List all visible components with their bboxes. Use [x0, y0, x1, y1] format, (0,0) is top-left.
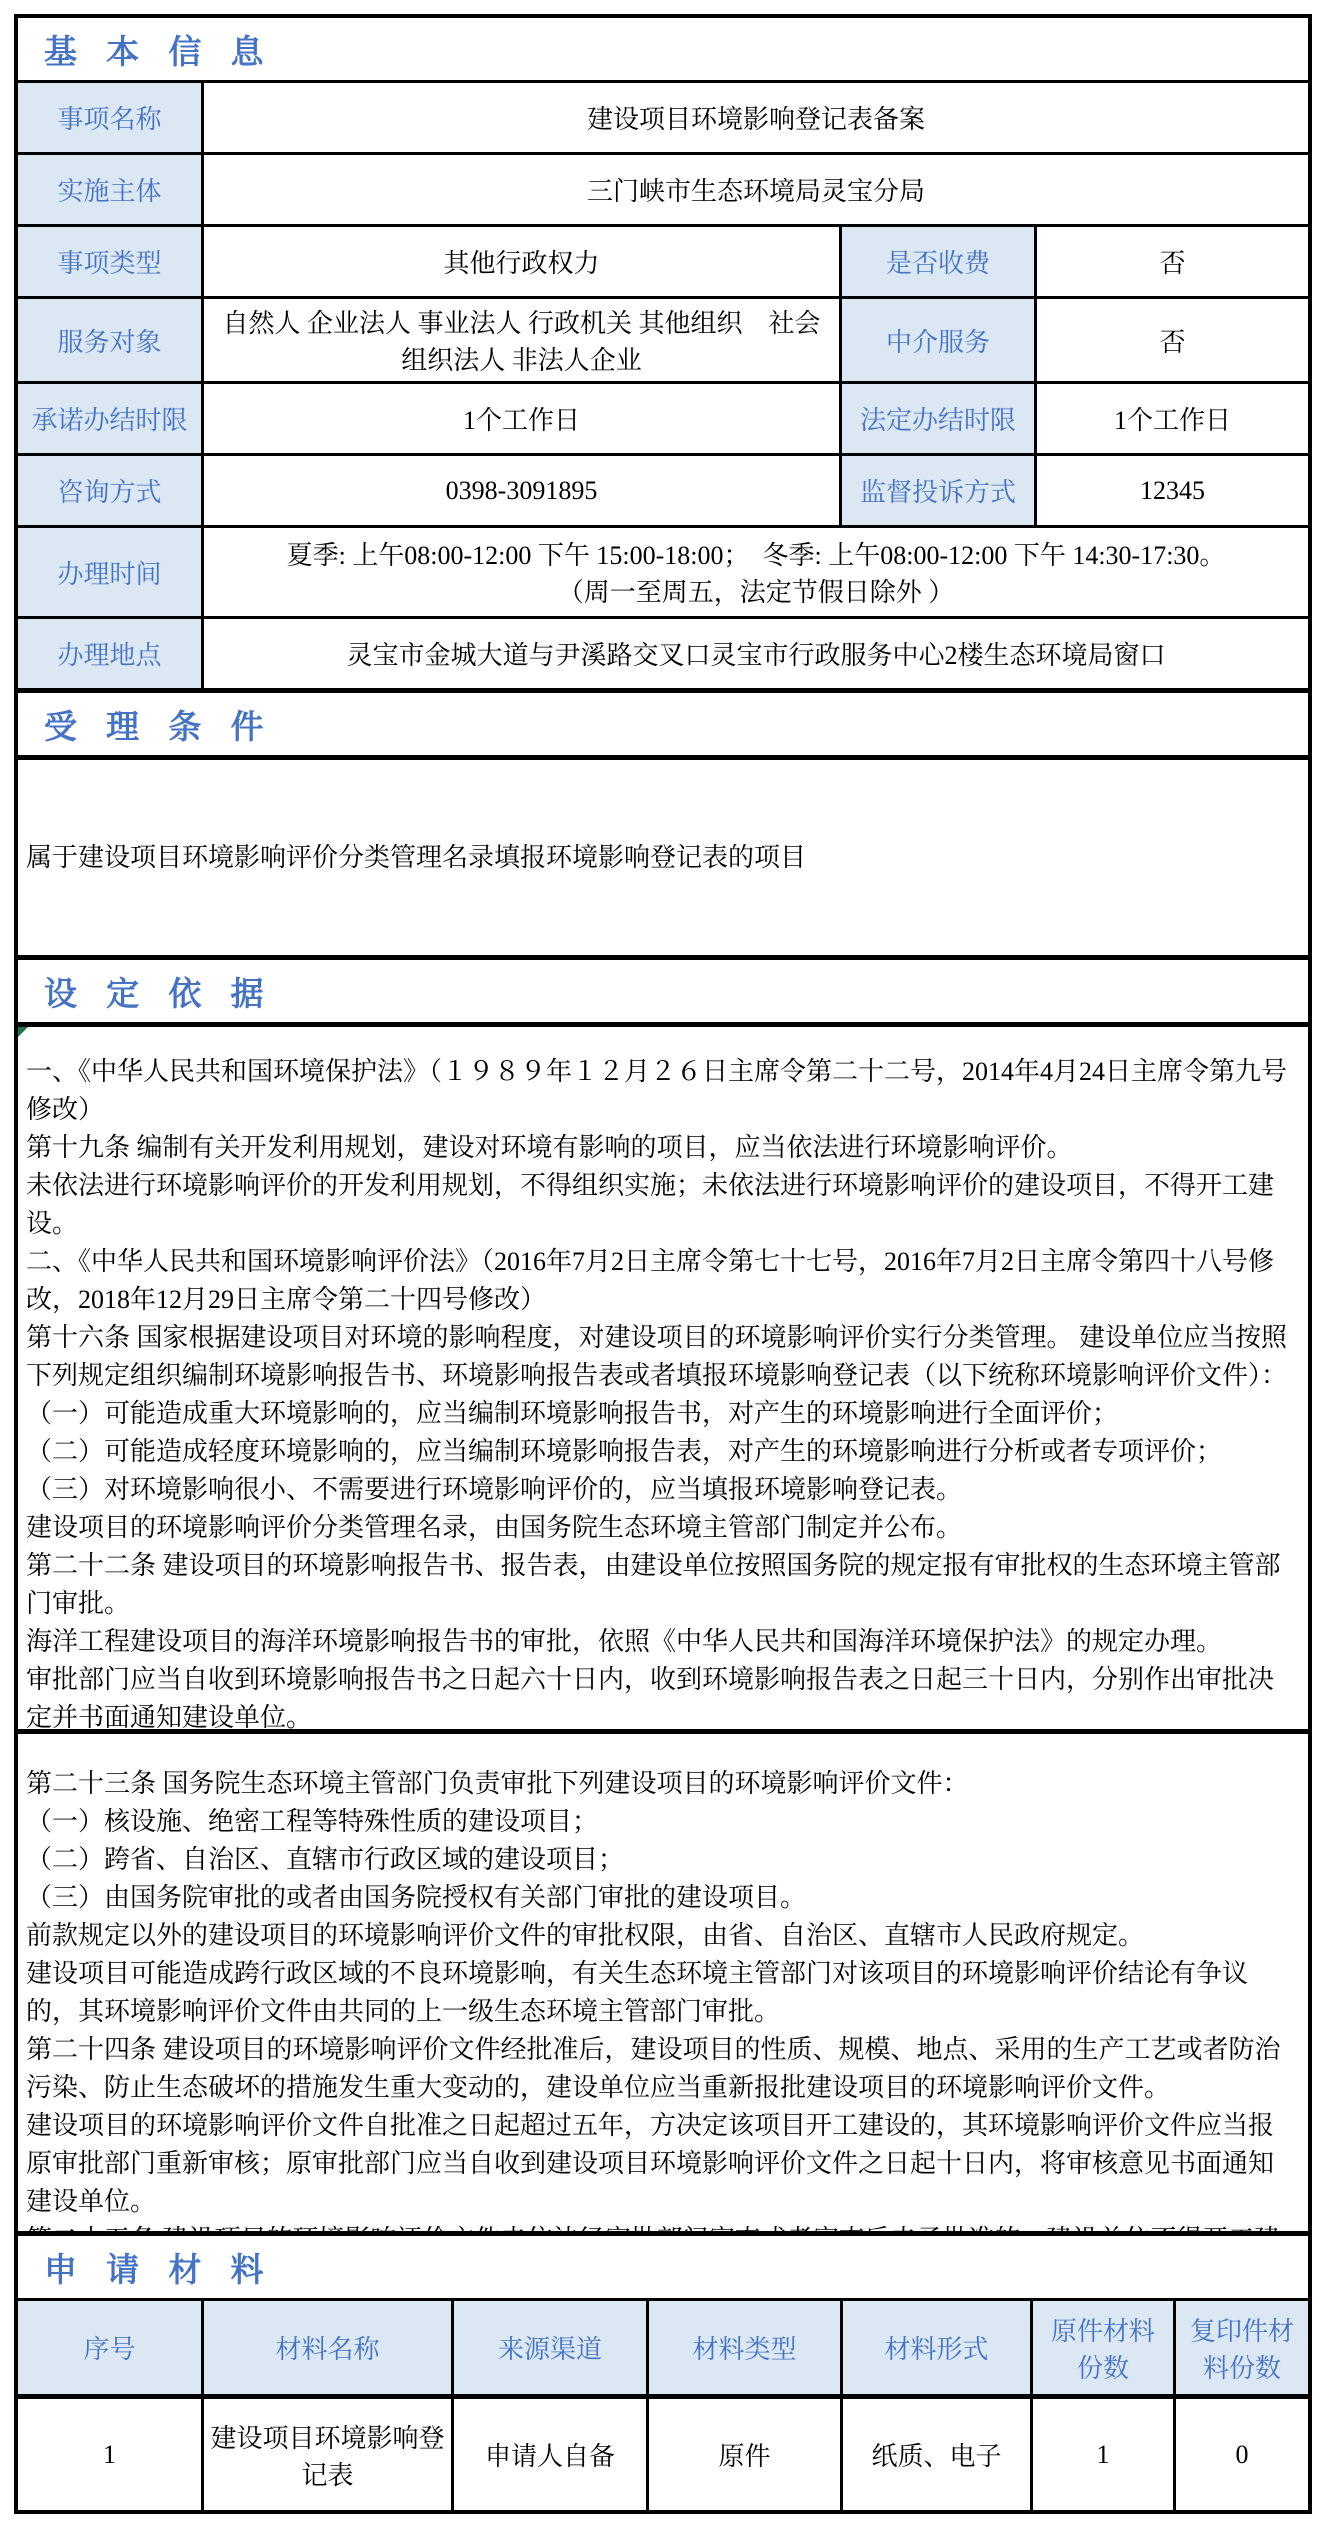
- info-label: 事项类型: [18, 227, 201, 296]
- info-label: 办理时间: [18, 528, 201, 616]
- info-value: 自然人 企业法人 事业法人 行政机关 其他组织 社会组织法人 非法人企业: [201, 299, 839, 381]
- info-value: 其他行政权力: [201, 227, 839, 296]
- materials-cell-source: 申请人自备: [451, 2399, 646, 2510]
- info-value: 否: [1034, 227, 1308, 296]
- basis-text-cell-1: 一、《中华人民共和国环境保护法》（１９８９年１２月２６日主席令第二十二号，201…: [18, 1022, 1308, 1729]
- acceptance-text-cell: 属于建设项目环境影响评价分类管理名录填报环境影响登记表的项目: [18, 755, 1308, 955]
- info-label: 监督投诉方式: [839, 456, 1034, 525]
- section-row-basis: 设 定 依 据: [18, 955, 1308, 1022]
- section-title-basic-info: 基 本 信 息: [18, 26, 274, 73]
- info-value: 0398-3091895: [201, 456, 839, 525]
- materials-header-seq: 序号: [18, 2301, 201, 2394]
- info-row-office-location: 办理地点 灵宝市金城大道与尹溪路交叉口灵宝市行政服务中心2楼生态环境局窗口: [18, 616, 1308, 688]
- info-row-consultation: 咨询方式 0398-3091895 监督投诉方式 12345: [18, 453, 1308, 525]
- section-row-basic-info: 基 本 信 息: [18, 18, 1308, 80]
- info-row-item-name: 事项名称 建设项目环境影响登记表备案: [18, 80, 1308, 152]
- materials-cell-copies: 0: [1173, 2399, 1308, 2510]
- info-label: 服务对象: [18, 299, 201, 381]
- info-value: 夏季: 上午08:00-12:00 下午 15:00-18:00； 冬季: 上午…: [201, 528, 1308, 616]
- info-value: 1个工作日: [201, 384, 839, 453]
- section-title-materials: 申 请 材 料: [18, 2244, 274, 2291]
- info-row-item-type: 事项类型 其他行政权力 是否收费 否: [18, 224, 1308, 296]
- info-row-office-hours: 办理时间 夏季: 上午08:00-12:00 下午 15:00-18:00； 冬…: [18, 525, 1308, 616]
- materials-cell-originals: 1: [1030, 2399, 1173, 2510]
- materials-cell-type: 原件: [646, 2399, 840, 2510]
- info-label: 中介服务: [839, 299, 1034, 381]
- section-row-materials: 申 请 材 料: [18, 2231, 1308, 2298]
- materials-header-form: 材料形式: [840, 2301, 1030, 2394]
- info-value: 三门峡市生态环境局灵宝分局: [201, 155, 1308, 224]
- materials-header-originals: 原件材料份数: [1030, 2301, 1173, 2394]
- basis-text-1: 一、《中华人民共和国环境保护法》（１９８９年１２月２６日主席令第二十二号，201…: [26, 1053, 1298, 1729]
- info-value: 建设项目环境影响登记表备案: [201, 83, 1308, 152]
- materials-data-row: 1 建设项目环境影响登记表 申请人自备 原件 纸质、电子 1 0: [18, 2394, 1308, 2510]
- basis-text-cell-2: 第二十三条 国务院生态环境主管部门负责审批下列建设项目的环境影响评价文件： （一…: [18, 1729, 1308, 2231]
- materials-cell-name: 建设项目环境影响登记表: [201, 2399, 451, 2510]
- cell-note-marker-icon: [18, 1027, 28, 1037]
- info-row-promised-time-limit: 承诺办结时限 1个工作日 法定办结时限 1个工作日: [18, 381, 1308, 453]
- info-label: 法定办结时限: [839, 384, 1034, 453]
- section-row-acceptance: 受 理 条 件: [18, 688, 1308, 755]
- materials-header-copies: 复印件材料份数: [1173, 2301, 1308, 2394]
- info-label: 咨询方式: [18, 456, 201, 525]
- sheet: 基 本 信 息 事项名称 建设项目环境影响登记表备案 实施主体 三门峡市生态环境…: [14, 14, 1312, 2514]
- info-label: 实施主体: [18, 155, 201, 224]
- info-label: 事项名称: [18, 83, 201, 152]
- info-value: 1个工作日: [1034, 384, 1308, 453]
- materials-header-row: 序号 材料名称 来源渠道 材料类型 材料形式 原件材料份数 复印件材料份数: [18, 2298, 1308, 2394]
- info-label: 是否收费: [839, 227, 1034, 296]
- info-value: 灵宝市金城大道与尹溪路交叉口灵宝市行政服务中心2楼生态环境局窗口: [201, 619, 1308, 688]
- section-title-acceptance: 受 理 条 件: [18, 701, 274, 748]
- basis-text-2: 第二十三条 国务院生态环境主管部门负责审批下列建设项目的环境影响评价文件： （一…: [26, 1765, 1298, 2231]
- materials-cell-seq: 1: [18, 2399, 201, 2510]
- materials-header-source: 来源渠道: [451, 2301, 646, 2394]
- materials-header-name: 材料名称: [201, 2301, 451, 2394]
- info-row-service-target: 服务对象 自然人 企业法人 事业法人 行政机关 其他组织 社会组织法人 非法人企…: [18, 296, 1308, 381]
- section-title-basis: 设 定 依 据: [18, 968, 274, 1015]
- info-row-implementing-body: 实施主体 三门峡市生态环境局灵宝分局: [18, 152, 1308, 224]
- info-label: 办理地点: [18, 619, 201, 688]
- info-label: 承诺办结时限: [18, 384, 201, 453]
- materials-header-type: 材料类型: [646, 2301, 840, 2394]
- info-value: 12345: [1034, 456, 1308, 525]
- info-value: 否: [1034, 299, 1308, 381]
- acceptance-text: 属于建设项目环境影响评价分类管理名录填报环境影响登记表的项目: [26, 839, 806, 877]
- materials-cell-form: 纸质、电子: [840, 2399, 1030, 2510]
- page: { "colors": { "accent_blue": "#4472c4", …: [0, 0, 1326, 2524]
